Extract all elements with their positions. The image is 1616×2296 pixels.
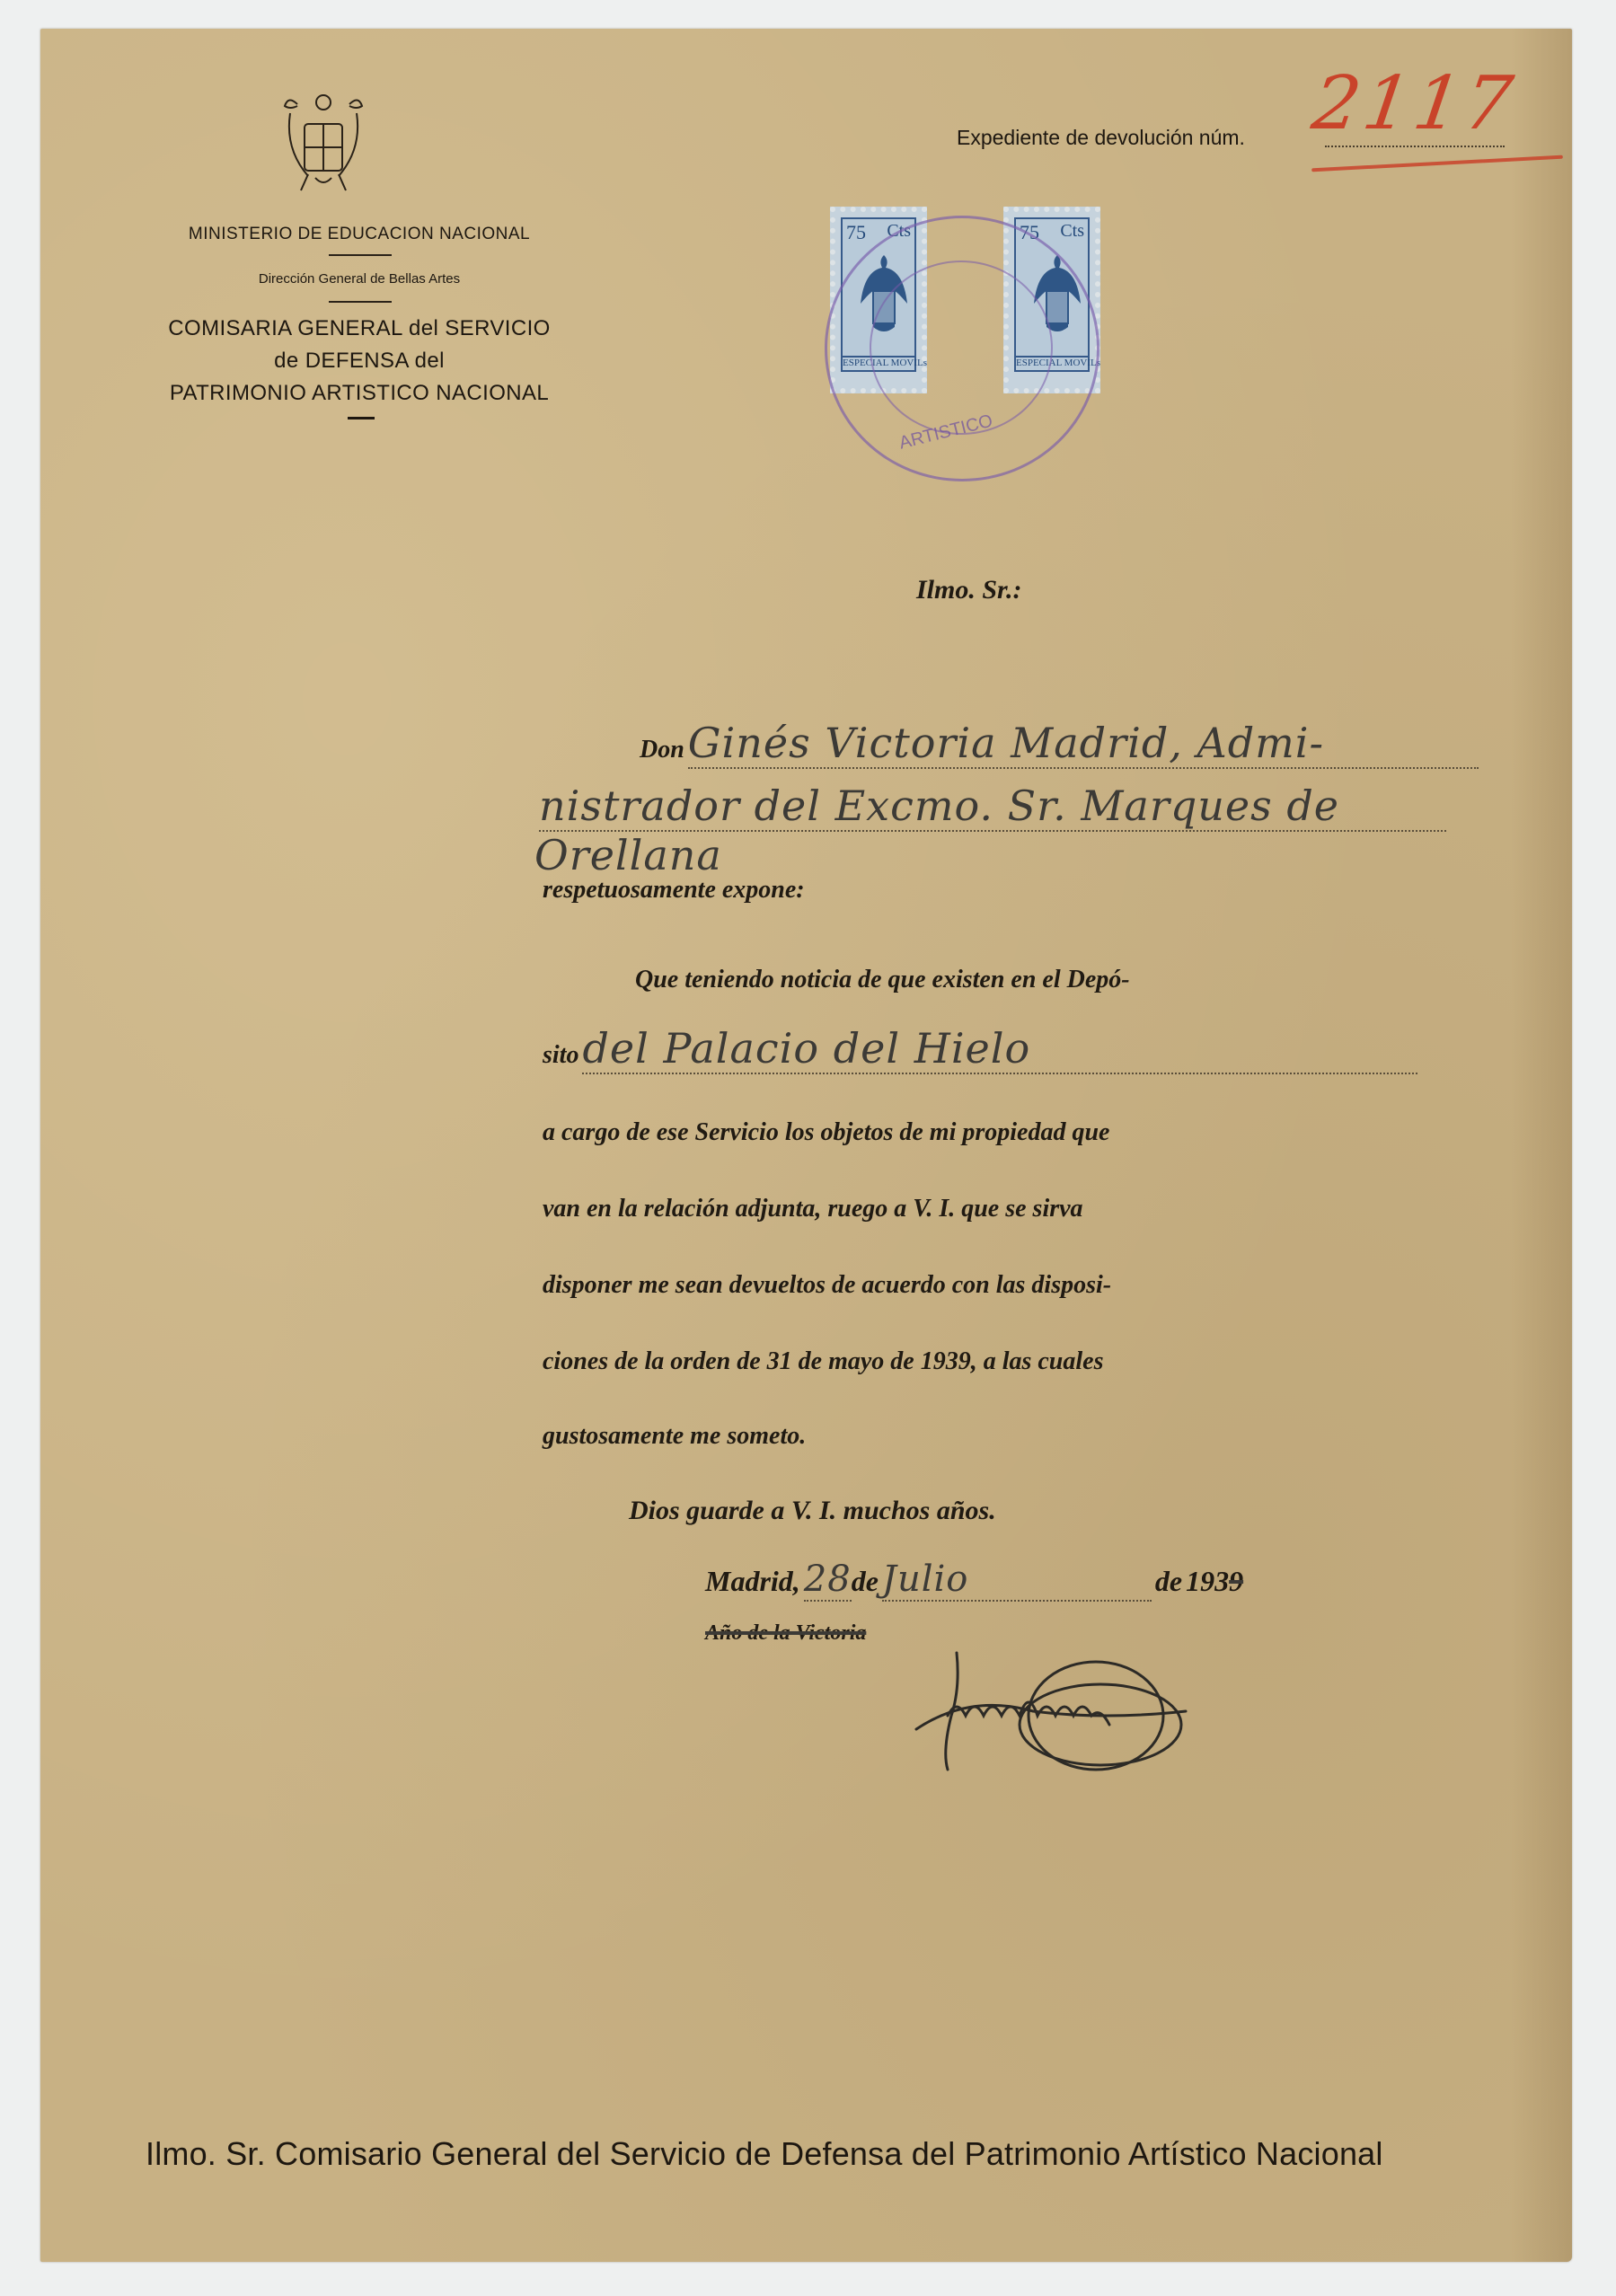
don-label: Don bbox=[640, 736, 684, 764]
comisaria-line-1: COMISARIA GENERAL del SERVICIO bbox=[126, 313, 593, 345]
date-place: Madrid, bbox=[705, 1565, 800, 1597]
comisaria-line-3: PATRIMONIO ARTISTICO NACIONAL bbox=[126, 377, 593, 410]
date-de: de bbox=[1155, 1565, 1182, 1597]
direction-name: Dirección General de Bellas Artes bbox=[126, 271, 593, 287]
petitioner-name: Ginés Victoria Madrid, Admi- bbox=[688, 719, 1479, 769]
body-line-5: disponer me sean devueltos de acuerdo co… bbox=[543, 1271, 1111, 1300]
date-day: 28 bbox=[804, 1559, 852, 1602]
ministry-name: MINISTERIO DE EDUCACION NACIONAL bbox=[126, 225, 593, 244]
comisaria-line-2: de DEFENSA del bbox=[126, 345, 593, 377]
expediente-label: Expediente de devolución núm. bbox=[957, 126, 1245, 150]
addressee-footer: Ilmo. Sr. Comisario General del Servicio… bbox=[146, 2135, 1383, 2173]
rubber-seal-inner bbox=[870, 261, 1053, 435]
spanish-coat-of-arms-icon bbox=[281, 88, 366, 196]
date-year-struck-digit: 9 bbox=[1229, 1565, 1243, 1597]
divider bbox=[329, 301, 392, 303]
handwritten-signature-icon bbox=[912, 1644, 1199, 1779]
body-line-4: van en la relación adjunta, ruego a V. I… bbox=[543, 1195, 1083, 1223]
closing-formula: Dios guarde a V. I. muchos años. bbox=[629, 1496, 996, 1526]
petitioner-line-2: nistrador del Excmo. Sr. Marques de bbox=[539, 782, 1446, 832]
petitioner-line-1: Don Ginés Victoria Madrid, Admi- bbox=[640, 719, 1538, 769]
date-year: 193 bbox=[1186, 1565, 1229, 1597]
body-line-6: ciones de la orden de 31 de mayo de 1939… bbox=[543, 1347, 1103, 1376]
respetuosamente-expone: respetuosamente expone: bbox=[543, 876, 805, 905]
body-line-1: Que teniendo noticia de que existen en e… bbox=[635, 966, 1130, 994]
date-month: Julio bbox=[882, 1559, 1152, 1602]
struck-motto: Año de la Victoria bbox=[705, 1621, 866, 1646]
date-de: de bbox=[852, 1565, 879, 1597]
divider bbox=[329, 254, 392, 256]
stamp-unit: Cts bbox=[1060, 221, 1084, 242]
body-line-3: a cargo de ese Servicio los objetos de m… bbox=[543, 1118, 1109, 1147]
date-line: Madrid, 28de Julio de 1939 bbox=[705, 1559, 1406, 1602]
body-line-7: gustosamente me someto. bbox=[543, 1422, 806, 1451]
sito-label: sito bbox=[543, 1041, 578, 1069]
deposit-location: del Palacio del Hielo bbox=[582, 1024, 1417, 1074]
stamp-value: 75 bbox=[846, 221, 866, 244]
salutation: Ilmo. Sr.: bbox=[916, 575, 1022, 605]
comisaria-name: COMISARIA GENERAL del SERVICIO de DEFENS… bbox=[126, 313, 593, 410]
divider bbox=[348, 417, 375, 419]
body-line-2: sito del Palacio del Hielo bbox=[543, 1024, 1452, 1074]
expediente-number: 2117 bbox=[1307, 61, 1521, 146]
petitioner-line-3: Orellana bbox=[534, 831, 722, 879]
